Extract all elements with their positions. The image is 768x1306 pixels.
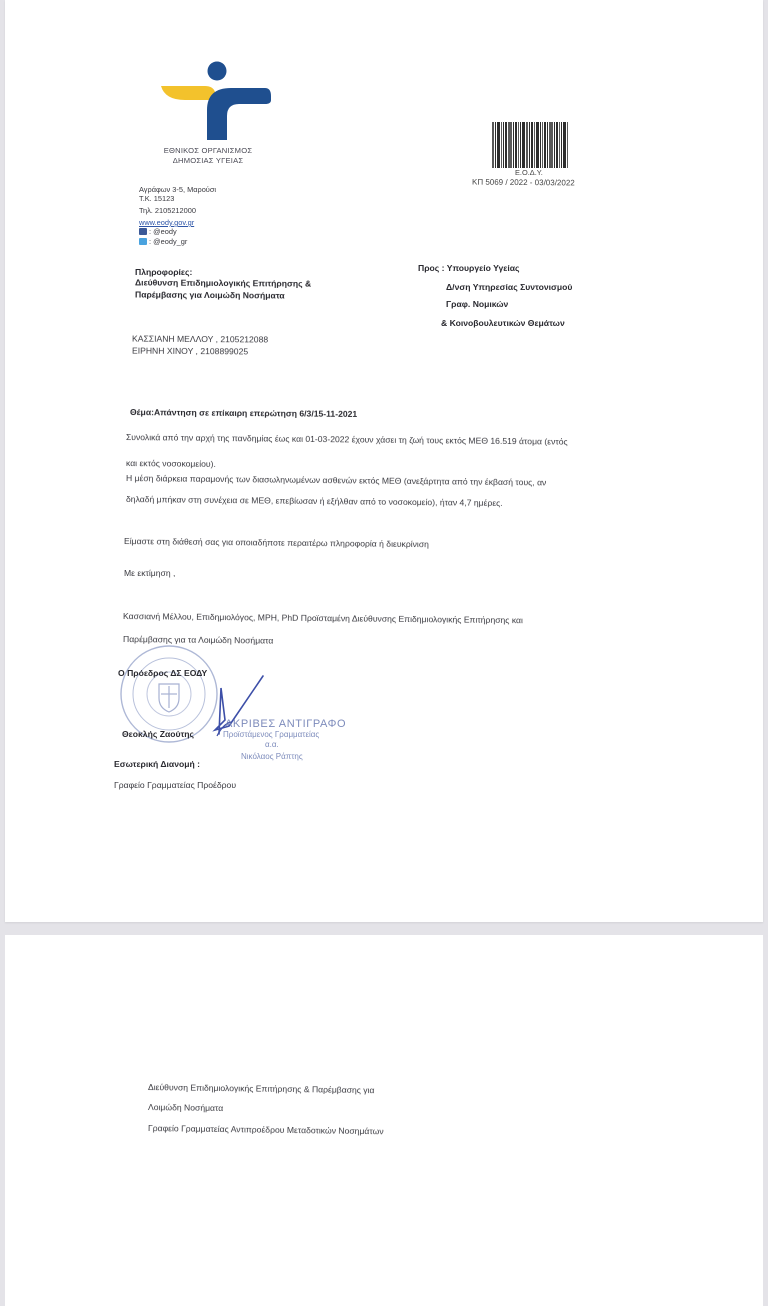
page2-line-3: Γραφείο Γραμματείας Αντιπροέδρου Μεταδοτ… bbox=[148, 1122, 384, 1137]
barcode-bar bbox=[544, 122, 546, 168]
barcode-bar bbox=[561, 122, 562, 168]
barcode-bar bbox=[554, 122, 555, 168]
subject-line: Θέμα:Απάντηση σε επίκαιρη επερώτηση 6/3/… bbox=[130, 406, 357, 420]
info-department-2: Παρέμβασης για Λοιμώδη Νοσήματα bbox=[135, 288, 285, 301]
contact-chinou: ΕΙΡΗΝΗ ΧΙΝΟΥ , 2108899025 bbox=[132, 345, 248, 358]
barcode-bar bbox=[567, 122, 568, 168]
copy-stamp-role: Προϊστάμενος Γραμματείας bbox=[223, 730, 319, 739]
facebook-icon bbox=[139, 228, 147, 235]
org-name: ΕΘΝΙΚΟΣ ΟΡΓΑΝΙΣΜΟΣ ΔΗΜΟΣΙΑΣ ΥΓΕΙΑΣ bbox=[138, 146, 278, 166]
facebook-handle[interactable]: : @eody bbox=[139, 227, 177, 237]
signatory-line-1: Κασσιανή Μέλλου, Επιδημιολόγος, MPH, PhD… bbox=[123, 610, 523, 626]
chairman-title: Ο Πρόεδρος ΔΣ ΕΟΔΥ bbox=[118, 667, 207, 679]
barcode-bar bbox=[534, 122, 535, 168]
recipient-line-1: Προς : Υπουργείο Υγείας bbox=[418, 262, 519, 274]
phone: Τηλ. 2105212000 bbox=[139, 206, 196, 216]
barcode-bar bbox=[495, 122, 496, 168]
barcode-bar bbox=[492, 122, 494, 168]
protocol-reference: ΚΠ 5069 / 2022 - 03/03/2022 bbox=[472, 178, 575, 188]
page2-line-2: Λοιμώδη Νοσήματα bbox=[148, 1101, 223, 1114]
barcode-bar bbox=[497, 122, 500, 168]
paragraph-1-line-2: και εκτός νοσοκομείου). bbox=[126, 457, 216, 470]
paragraph-2-line-2: δηλαδή μπήκαν στη συνέχεια σε ΜΕΘ, επεβί… bbox=[126, 493, 503, 509]
barcode-bar bbox=[556, 122, 558, 168]
barcode-bar bbox=[520, 122, 521, 168]
barcode-bar bbox=[515, 122, 517, 168]
contact-mellou: ΚΑΣΣΙΑΝΗ ΜΕΛΛΟΥ , 2105212088 bbox=[132, 333, 268, 346]
barcode-bar bbox=[549, 122, 553, 168]
certified-copy-stamp: ΑΚΡΙΒΕΣ ΑΝΤΙΓΡΑΦΟ bbox=[225, 718, 346, 730]
barcode bbox=[492, 122, 570, 168]
info-department-1: Διεύθυνση Επιδημιολογικής Επιτήρησης & bbox=[135, 276, 311, 289]
barcode-bar bbox=[522, 122, 525, 168]
paragraph-1-line-1: Συνολικά από την αρχή της πανδημίας έως … bbox=[126, 431, 568, 448]
copy-stamp-aa: α.α. bbox=[265, 740, 279, 749]
internal-distribution-item: Γραφείο Γραμματείας Προέδρου bbox=[114, 779, 236, 791]
recipient-line-3: Γραφ. Νομικών bbox=[446, 298, 508, 310]
chairman-name: Θεοκλής Ζαούτης bbox=[122, 728, 194, 740]
barcode-bar bbox=[531, 122, 533, 168]
barcode-bar bbox=[542, 122, 543, 168]
paragraph-2-line-1: Η μέση διάρκεια παραμονής των διασωληνωμ… bbox=[126, 472, 546, 488]
barcode-caption: Ε.Ο.Δ.Υ. bbox=[515, 168, 543, 177]
barcode-bar bbox=[518, 122, 519, 168]
page2-line-1: Διεύθυνση Επιδημιολογικής Επιτήρησης & Π… bbox=[148, 1081, 375, 1096]
barcode-bar bbox=[503, 122, 504, 168]
barcode-bar bbox=[529, 122, 530, 168]
barcode-bar bbox=[547, 122, 548, 168]
barcode-bar bbox=[563, 122, 566, 168]
barcode-bar bbox=[505, 122, 507, 168]
internal-distribution-label: Εσωτερική Διανομή : bbox=[114, 758, 200, 770]
copy-stamp-name: Νικόλαος Ράπτης bbox=[241, 752, 303, 761]
barcode-bar bbox=[559, 122, 560, 168]
eody-logo-icon bbox=[155, 60, 275, 140]
barcode-bar bbox=[536, 122, 539, 168]
postal-code: Τ.Κ. 15123 bbox=[139, 194, 174, 204]
recipient-line-4: & Κοινοβουλευτικών Θεμάτων bbox=[441, 317, 565, 329]
barcode-bar bbox=[526, 122, 528, 168]
twitter-handle[interactable]: : @eody_gr bbox=[139, 237, 187, 247]
twitter-icon bbox=[139, 238, 147, 245]
barcode-bar bbox=[513, 122, 514, 168]
document-page-1: ΕΘΝΙΚΟΣ ΟΡΓΑΝΙΣΜΟΣ ΔΗΜΟΣΙΑΣ ΥΓΕΙΑΣ Αγράφ… bbox=[5, 0, 763, 922]
availability-line: Είμαστε στη διάθεσή σας για οποιαδήποτε … bbox=[124, 535, 429, 550]
recipient-line-2: Δ/νση Υπηρεσίας Συντονισμού bbox=[446, 281, 572, 293]
document-page-2: Διεύθυνση Επιδημιολογικής Επιτήρησης & Π… bbox=[5, 935, 763, 1306]
closing-line: Με εκτίμηση , bbox=[124, 567, 175, 579]
barcode-bar bbox=[540, 122, 541, 168]
barcode-bar bbox=[501, 122, 502, 168]
barcode-bar bbox=[508, 122, 512, 168]
